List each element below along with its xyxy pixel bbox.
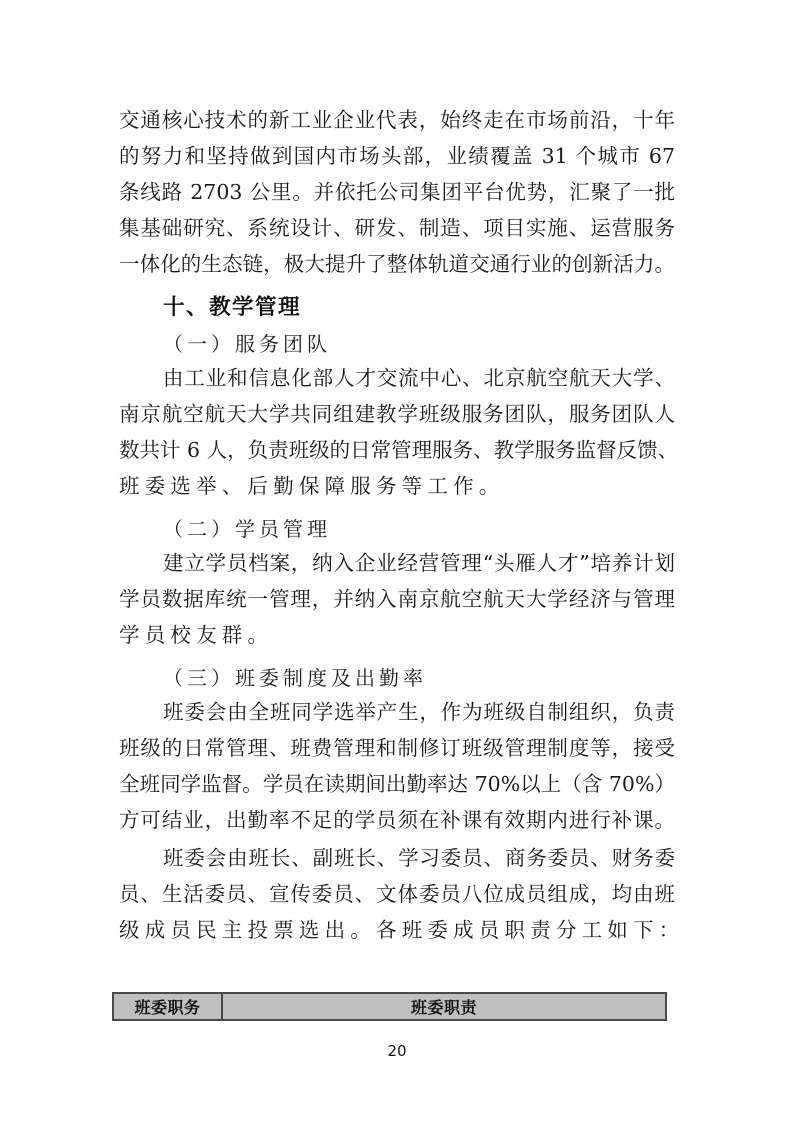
subsection-title: （一）服务团队	[163, 328, 331, 357]
document-page: 交通核心技术的新工业企业代表，始终走在市场前沿，十年 的努力和坚持做到国内市场头…	[0, 0, 794, 1123]
body-text-line: 条线路 2703 公里。并依托公司集团平台优势，汇聚了一批	[119, 180, 675, 204]
body-text-line: 全班同学监督。学员在读期间出勤率达 70%以上（含 70%）	[119, 772, 675, 796]
body-text-line: 员、生活委员、宣传委员、文体委员八位成员组成，均由班	[119, 882, 675, 906]
body-text-line: 学员校友群。	[119, 623, 675, 647]
body-text-line: 南京航空航天大学共同组建教学班级服务团队，服务团队人	[119, 402, 675, 426]
column-header-duties: 班委职责	[222, 993, 666, 1020]
body-text-line: 一体化的生态链，极大提升了整体轨道交通行业的创新活力。	[119, 252, 675, 276]
body-text-line: 班委会由班长、副班长、学习委员、商务委员、财务委	[163, 846, 675, 870]
duties-table: 班委职务 班委职责	[112, 992, 667, 1021]
column-header-position: 班委职务	[113, 993, 222, 1020]
body-text-line: 级成员民主投票选出。各班委成员职责分工如下：	[119, 918, 675, 942]
table-header-row: 班委职务 班委职责	[113, 993, 666, 1020]
body-text-line: 班委选举、后勤保障服务等工作。	[119, 474, 675, 498]
body-text-line: 方可结业，出勤率不足的学员须在补课有效期内进行补课。	[119, 808, 675, 832]
body-text-line: 由工业和信息化部人才交流中心、北京航空航天大学、	[163, 366, 675, 390]
body-text-line: 班委会由全班同学选举产生，作为班级自制组织，负责	[163, 700, 675, 724]
body-text-line: 学员数据库统一管理，并纳入南京航空航天大学经济与管理	[119, 587, 675, 611]
body-text-line: 数共计 6 人，负责班级的日常管理服务、教学服务监督反馈、	[119, 438, 675, 462]
subsection-title: （三）班委制度及出勤率	[163, 662, 427, 691]
body-text-line: 建立学员档案，纳入企业经营管理“头雁人才”培养计划	[163, 551, 675, 575]
body-text-line: 的努力和坚持做到国内市场头部，业绩覆盖 31 个城市 67	[119, 144, 675, 168]
body-text-line: 交通核心技术的新工业企业代表，始终走在市场前沿，十年	[119, 108, 675, 132]
body-text-line: 集基础研究、系统设计、研发、制造、项目实施、运营服务	[119, 216, 675, 240]
subsection-title: （二）学员管理	[163, 513, 331, 542]
body-text-line: 班级的日常管理、班费管理和制修订班级管理制度等，接受	[119, 736, 675, 760]
section-title: 十、教学管理	[163, 290, 301, 321]
page-number: 20	[0, 1042, 794, 1060]
